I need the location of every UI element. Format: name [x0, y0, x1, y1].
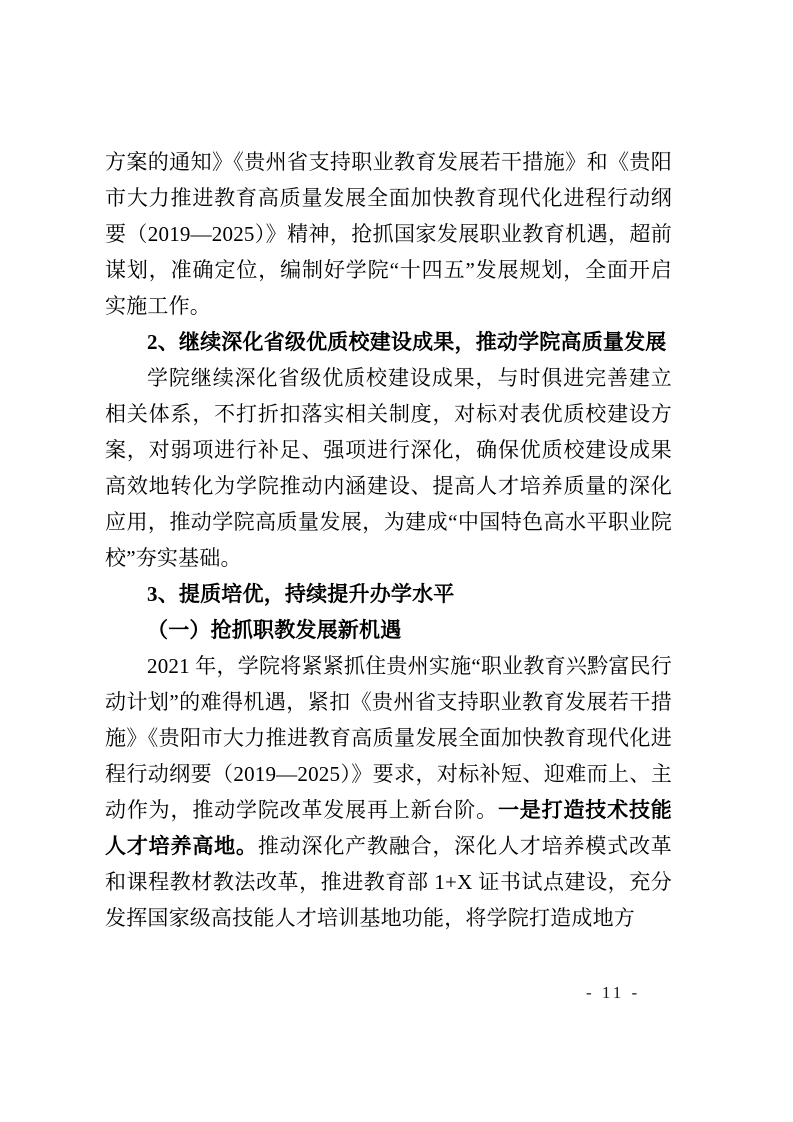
paragraph-continuation: 方案的通知》《贵州省支持职业教育发展若干措施》和《贵阳市大力推进教育高质量发展全…: [105, 144, 672, 324]
heading-subsection-1: （一）抢抓职教发展新机遇: [105, 612, 672, 648]
paragraph-section-3: 2021 年，学院将紧紧抓住贵州实施“职业教育兴黔富民行动计划”的难得机遇，紧扣…: [105, 648, 672, 936]
heading-section-2: 2、继续深化省级优质校建设成果，推动学院高质量发展: [105, 324, 672, 360]
document-body: 方案的通知》《贵州省支持职业教育发展若干措施》和《贵阳市大力推进教育高质量发展全…: [105, 144, 672, 936]
paragraph-section-2: 学院继续深化省级优质校建设成果，与时俱进完善建立相关体系，不打折扣落实相关制度，…: [105, 360, 672, 576]
page-number: - 11 -: [586, 983, 640, 1003]
heading-section-3: 3、提质培优，持续提升办学水平: [105, 576, 672, 612]
document-page: 方案的通知》《贵州省支持职业教育发展若干措施》和《贵阳市大力推进教育高质量发展全…: [0, 0, 793, 1122]
paragraph-section-3-text-start: 2021 年，学院将紧紧抓住贵州实施“职业教育兴黔富民行动计划”的难得机遇，紧扣…: [105, 654, 672, 822]
